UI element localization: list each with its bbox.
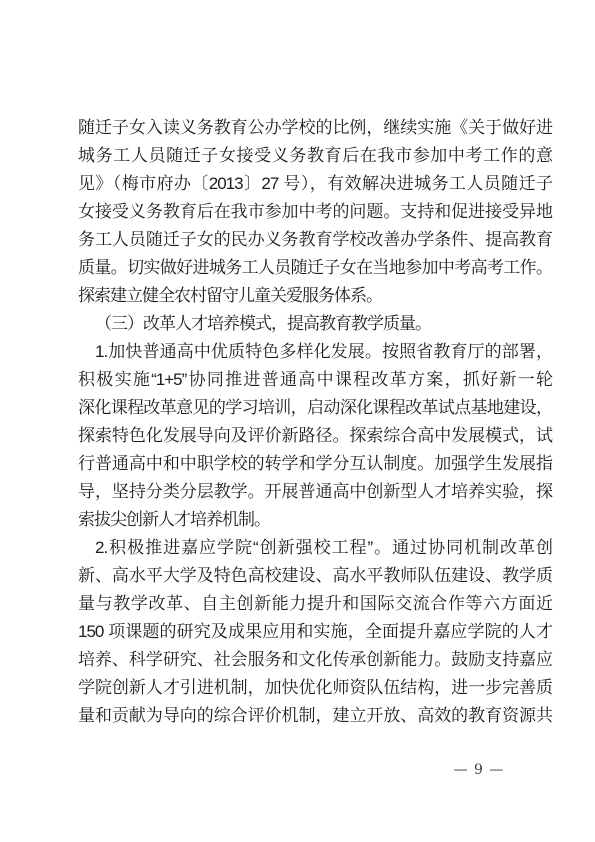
text-line: 150 项课题的研究及成果应用和实施，全面提升嘉应学院的人才	[78, 618, 552, 646]
text-line: 务工人员随迁子女的民办义务教育学校改善办学条件、提高教育	[78, 226, 552, 254]
document-page: 随迁子女入读义务教育公办学校的比例，继续实施《关于做好进 城务工人员随迁子女接受…	[0, 0, 595, 842]
text-line: 学院创新人才引进机制，加快优化师资队伍结构，进一步完善质	[78, 674, 552, 702]
text-line: 新、高水平大学及特色高校建设、高水平教师队伍建设、教学质	[78, 562, 552, 590]
text-line: 质量。切实做好进城务工人员随迁子女在当地参加中考高考工作。	[78, 254, 552, 282]
text-line-paragraph-end: 索拔尖创新人才培养机制。	[78, 506, 552, 534]
text-line: 探索特色化发展导向及评价新路径。探索综合高中发展模式，试	[78, 422, 552, 450]
text-line: 随迁子女入读义务教育公办学校的比例，继续实施《关于做好进	[78, 114, 552, 142]
text-line: 见》（梅市府办〔2013〕27 号），有效解决进城务工人员随迁子	[78, 170, 552, 198]
text-line: 深化课程改革意见的学习培训，启动深化课程改革试点基地建设，	[78, 394, 552, 422]
body-text: 随迁子女入读义务教育公办学校的比例，继续实施《关于做好进 城务工人员随迁子女接受…	[78, 114, 552, 730]
text-line: 城务工人员随迁子女接受义务教育后在我市参加中考工作的意	[78, 142, 552, 170]
text-line: 女接受义务教育后在我市参加中考的问题。支持和促进接受异地	[78, 198, 552, 226]
text-line: 量和贡献为导向的综合评价机制，建立开放、高效的教育资源共	[78, 702, 552, 730]
text-line: 行普通高中和中职学校的转学和学分互认制度。加强学生发展指	[78, 450, 552, 478]
text-line: 积极实施“1+5”协同推进普通高中课程改革方案，抓好新一轮	[78, 366, 552, 394]
text-line: 培养、科学研究、社会服务和文化传承创新能力。鼓励支持嘉应	[78, 646, 552, 674]
text-line: 量与教学改革、自主创新能力提升和国际交流合作等六方面近	[78, 590, 552, 618]
text-line-paragraph-end: 探索建立健全农村留守儿童关爱服务体系。	[78, 282, 552, 310]
page-number: — 9 —	[429, 762, 529, 778]
paragraph-start-line: 2.积极推进嘉应学院“创新强校工程”。通过协同机制改革创	[78, 534, 552, 562]
text-line: 导，坚持分类分层教学。开展普通高中创新型人才培养实验，探	[78, 478, 552, 506]
section-heading-line: （三）改革人才培养模式，提高教育教学质量。	[78, 310, 552, 338]
paragraph-start-line: 1.加快普通高中优质特色多样化发展。按照省教育厅的部署，	[78, 338, 552, 366]
